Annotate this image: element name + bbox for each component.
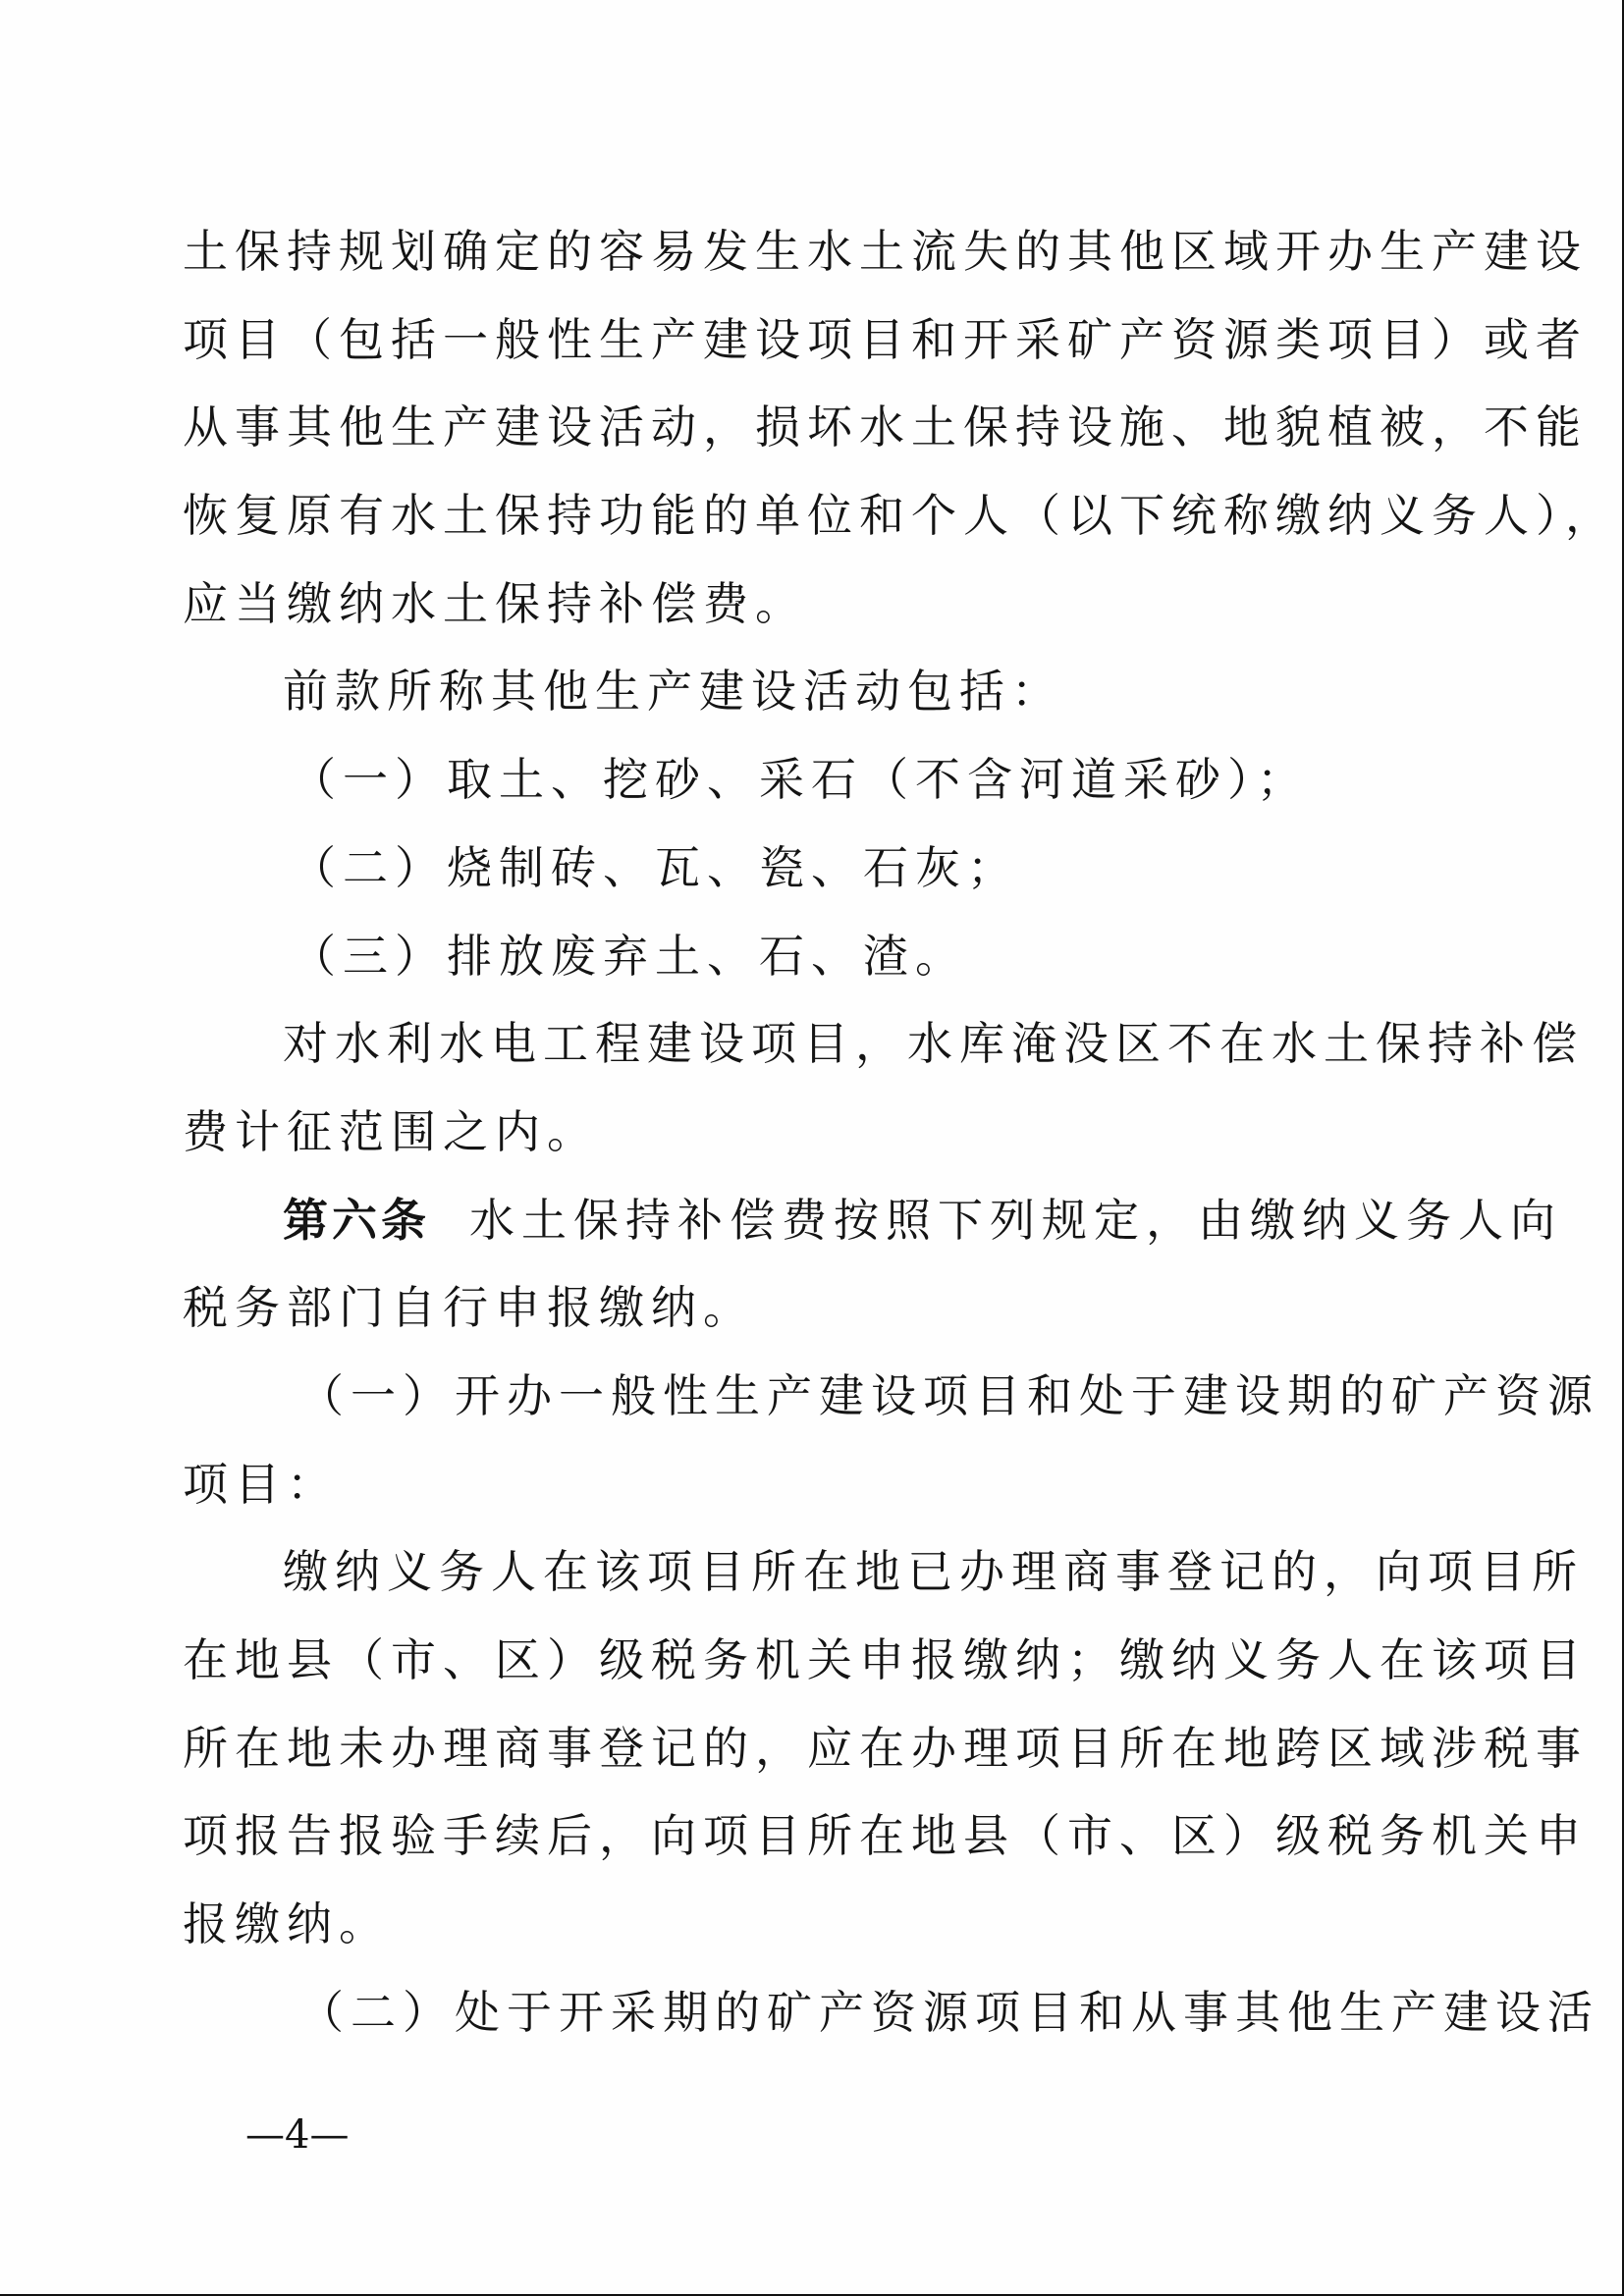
paragraph-start: 缴纳义务人在该项目所在地已办理商事登记的，向项目所: [183, 1528, 1439, 1617]
text-line: 所在地未办理商事登记的，应在办理项目所在地跨区域涉税事: [183, 1705, 1439, 1793]
page-number: —4—: [245, 2112, 349, 2158]
sub-item: （二）处于开采期的矿产资源项目和从事其他生产建设活: [183, 1969, 1439, 2057]
list-item: （二）烧制砖、瓦、瓷、石灰；: [183, 825, 1439, 913]
list-item: （三）排放废弃土、石、渣。: [183, 913, 1439, 1001]
text-line: 费计征范围之内。: [183, 1089, 1439, 1177]
text-line: 项报告报验手续后，向项目所在地县（市、区）级税务机关申: [183, 1792, 1439, 1881]
text-line: 税务部门自行申报缴纳。: [183, 1264, 1439, 1353]
list-item: （一）取土、挖砂、采石（不含河道采砂）；: [183, 736, 1439, 825]
text-line: 在地县（市、区）级税务机关申报缴纳；缴纳义务人在该项目: [183, 1617, 1439, 1705]
article-first-line: 水土保持补偿费按照下列规定，由缴纳义务人向: [469, 1194, 1562, 1247]
paragraph-start: 前款所称其他生产建设活动包括：: [183, 648, 1439, 736]
text-line: 报缴纳。: [183, 1881, 1439, 1969]
document-body: 土保持规划确定的容易发生水土流失的其他区域开办生产建设 项目（包括一般性生产建设…: [183, 208, 1439, 2056]
article-heading: 第六条: [283, 1194, 430, 1247]
paragraph-start: 对水利水电工程建设项目，水库淹没区不在水土保持补偿: [183, 1000, 1439, 1089]
text-line: 从事其他生产建设活动，损坏水土保持设施、地貌植被，不能: [183, 384, 1439, 472]
document-page: 土保持规划确定的容易发生水土流失的其他区域开办生产建设 项目（包括一般性生产建设…: [0, 0, 1624, 2296]
sub-item: （一）开办一般性生产建设项目和处于建设期的矿产资源: [183, 1353, 1439, 1441]
text-line: 恢复原有水土保持功能的单位和个人（以下统称缴纳义务人），: [183, 472, 1439, 561]
article-6: 第六条水土保持补偿费按照下列规定，由缴纳义务人向: [183, 1177, 1439, 1265]
text-line: 应当缴纳水土保持补偿费。: [183, 561, 1439, 649]
text-line: 土保持规划确定的容易发生水土流失的其他区域开办生产建设: [183, 208, 1439, 296]
text-line: 项目：: [183, 1441, 1439, 1529]
text-line: 项目（包括一般性生产建设项目和开采矿产资源类项目）或者: [183, 296, 1439, 385]
